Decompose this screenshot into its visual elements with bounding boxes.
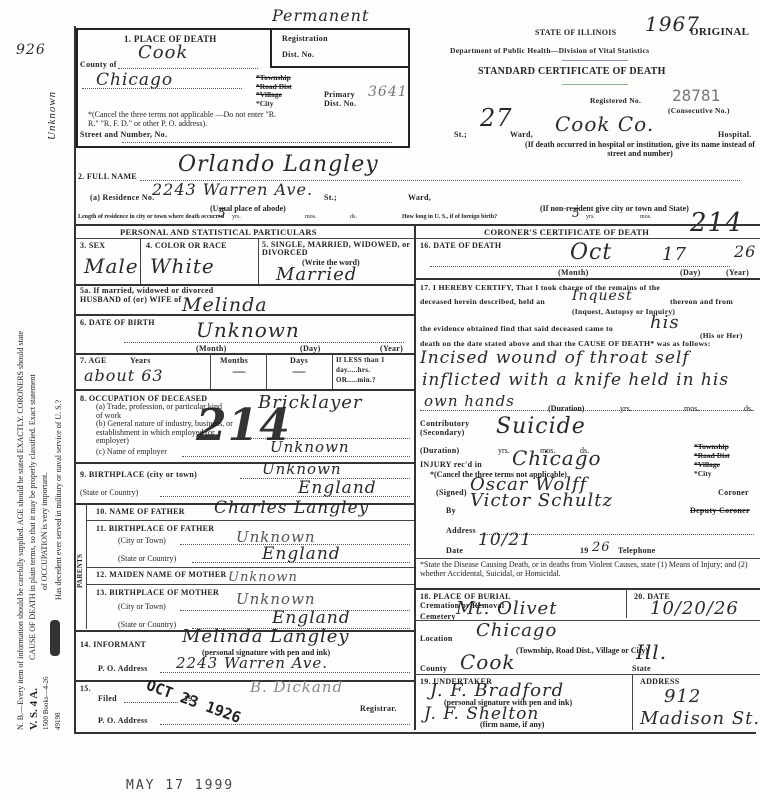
- dob-value: Unknown: [196, 318, 300, 342]
- date-year-prefix: 19: [580, 546, 589, 555]
- undertaker-address-2: Madison St.: [640, 708, 760, 729]
- marital-label: 5. SINGLE, MARRIED, WIDOWED, or DIVORCED: [262, 241, 412, 257]
- mother-city-value: Unknown: [236, 590, 316, 608]
- inquest-value: Inquest: [572, 288, 633, 304]
- form-number: 49198: [54, 713, 62, 731]
- hospital-value: Cook Co.: [555, 112, 654, 136]
- firm-note: (firm name, if any): [480, 720, 544, 729]
- address-label: Address: [446, 526, 476, 535]
- date-label: Date: [446, 546, 463, 555]
- dod-day-label: (Day): [680, 268, 701, 277]
- injury-term-city: *City: [694, 469, 730, 478]
- margin-note-2: CAUSE OF DEATH in plain terms, so that i…: [28, 374, 37, 660]
- books-note: 1500 Books—4-26: [42, 677, 50, 730]
- occupation-c-label: (c) Name of employer: [96, 447, 167, 456]
- coroner-heading: CORONER'S CERTIFICATE OF DEATH: [484, 227, 649, 237]
- burial-county-value: Cook: [460, 650, 516, 674]
- marital-value: Married: [276, 264, 357, 285]
- registrar-signature: B. Dickand: [250, 678, 343, 696]
- ward-label: Ward,: [510, 130, 533, 139]
- duration-mos: mos.: [684, 404, 699, 413]
- his-her-value: his: [650, 312, 680, 333]
- personal-heading: PERSONAL AND STATISTICAL PARTICULARS: [120, 227, 317, 237]
- location-label: Location: [420, 634, 453, 643]
- original-label: ORIGINAL: [690, 26, 749, 38]
- date-of-death-label: 16. DATE OF DEATH: [420, 241, 501, 250]
- registered-label: Registered No.: [590, 96, 641, 105]
- registrar-po-label: P. O. Address: [98, 716, 148, 725]
- us-mos-label: mos.: [640, 214, 652, 220]
- cancel-note: *(Cancel the three terms not applicable …: [88, 110, 288, 128]
- mother-city-label: (City or Town): [118, 602, 166, 611]
- contributory-label: Contributory (Secondary): [420, 419, 490, 437]
- mother-birthplace-label: 13. BIRTHPLACE OF MOTHER: [96, 588, 219, 597]
- street-label: Street and Number, No.: [80, 130, 170, 139]
- father-birthplace-label: 11. BIRTHPLACE OF FATHER: [96, 524, 214, 533]
- department-label: Department of Public Health—Division of …: [450, 46, 649, 55]
- residence-value: 2243 Warren Ave.: [152, 180, 313, 199]
- birthplace-city-value: Unknown: [262, 460, 342, 478]
- informant-po-value: 2243 Warren Ave.: [176, 654, 328, 672]
- dob-month-label: (Month): [196, 344, 227, 353]
- injury-term-township: *Township: [694, 442, 730, 451]
- father-value: Charles Langley: [214, 498, 369, 518]
- dod-month-label: (Month): [558, 268, 589, 277]
- spouse-value: Melinda: [182, 294, 268, 316]
- cause-line-2: inflicted with a knife held in his: [422, 370, 729, 390]
- age-months-value: —: [232, 364, 247, 380]
- date-value: 10/21: [478, 530, 532, 550]
- yrs-label: yrs.: [232, 214, 241, 220]
- injury-term-road-dist: *Road Dist: [694, 451, 730, 460]
- father-state-label: (State or Country): [118, 554, 176, 563]
- date-of-death-year: 26: [734, 242, 756, 261]
- filed-label: Filed: [98, 694, 117, 703]
- date-year-value: 26: [592, 540, 611, 555]
- margin-notes: 926 N. B.—Every item of information shou…: [6, 30, 66, 730]
- date-of-death-month: Oct: [570, 240, 612, 265]
- us-residence-years: 5: [572, 206, 581, 220]
- age-days-value: —: [292, 364, 307, 380]
- mos-label: mos.: [305, 214, 317, 220]
- dist-no-label: Dist. No.: [282, 50, 314, 59]
- contributory-duration-label: (Duration): [420, 446, 459, 455]
- registered-number: 28781: [672, 86, 720, 105]
- injury-value: Chicago: [512, 446, 602, 470]
- deputy-signature: Victor Schultz: [470, 490, 613, 511]
- date-of-death-day: 17: [662, 244, 687, 265]
- mother-state-label: (State or Country): [118, 620, 176, 629]
- st-label: St.;: [454, 130, 467, 139]
- consecutive-label: (Consecutive No.): [668, 106, 730, 115]
- contributory-value: Suicide: [496, 414, 586, 439]
- age-label: 7. AGE: [80, 356, 107, 365]
- coroner-label: Coroner: [718, 488, 749, 497]
- ds-label: ds.: [350, 214, 357, 220]
- county-label: County of: [80, 60, 117, 69]
- dob-year-label: (Year): [380, 344, 403, 353]
- birthplace-state-label: (State or Country): [80, 488, 138, 497]
- age-years-value: about 63: [84, 366, 164, 385]
- vs-form-number: V. S. 4 A.: [28, 688, 40, 730]
- duration-yrs: yrs.: [620, 404, 632, 413]
- burial-county-label: County: [420, 664, 447, 673]
- certificate-title: STANDARD CERTIFICATE OF DEATH: [478, 66, 666, 77]
- location-note: (Township, Road Dist., Village or City): [516, 646, 648, 655]
- injury-term-village: *Village: [694, 460, 730, 469]
- us-yrs-label: yrs.: [586, 214, 595, 220]
- signed-label: (Signed): [436, 488, 467, 497]
- certify-line-4: the evidence obtained find that said dec…: [420, 324, 613, 333]
- sex-label: 3. SEX: [80, 241, 105, 250]
- burial-state-label: State: [632, 664, 651, 673]
- cause-footnote: *State the Disease Causing Death, or in …: [420, 561, 754, 578]
- military-answer: Unknown: [46, 91, 58, 140]
- undertaker-address-label: ADDRESS: [640, 677, 679, 686]
- filed-number: 15.: [80, 684, 91, 693]
- birthplace-country-value: England: [298, 478, 377, 498]
- race-label: 4. COLOR OR RACE: [146, 241, 227, 250]
- margin-number: 926: [16, 42, 46, 58]
- file-number-overlay: 214: [196, 400, 291, 451]
- full-name-label: 2. FULL NAME: [78, 172, 137, 181]
- duration-label: (Duration): [548, 404, 584, 413]
- state-label: STATE OF ILLINOIS: [535, 28, 616, 37]
- length-residence-years: 5: [218, 206, 227, 220]
- registration-label: Registration: [282, 34, 328, 43]
- certify-line-2: deceased herein described, held an: [420, 297, 545, 306]
- primary-dist-label: Primary Dist. No.: [324, 90, 364, 108]
- mother-label: 12. MAIDEN NAME OF MOTHER: [96, 570, 227, 579]
- informant-label: 14. INFORMANT: [80, 640, 146, 649]
- by-label: By: [446, 506, 456, 515]
- full-name-value: Orlando Langley: [178, 152, 379, 177]
- birthplace-label: 9. BIRTHPLACE (city or town): [80, 470, 197, 479]
- place-of-death-box: 1. PLACE OF DEATH County of Cook Chicago…: [76, 28, 410, 148]
- dob-day-label: (Day): [300, 344, 321, 353]
- mother-value: Unknown: [228, 570, 298, 585]
- duration-ds: ds.: [744, 404, 753, 413]
- burial-date-value: 10/20/26: [650, 598, 739, 619]
- father-label: 10. NAME OF FATHER: [96, 507, 185, 516]
- received-date-stamp: MAY 17 1999: [126, 778, 234, 793]
- contrib-yrs: yrs.: [498, 446, 510, 455]
- city-value: Chicago: [96, 70, 173, 90]
- ward-number: 27: [480, 104, 513, 132]
- certify-line-3: thereon and from: [670, 297, 733, 306]
- informant-po-label: P. O. Address: [98, 664, 148, 673]
- undertaker-address-1: 912: [664, 686, 701, 707]
- age-years-label: Years: [130, 356, 151, 365]
- father-country-value: England: [262, 544, 341, 564]
- injury-label: INJURY rec'd in: [420, 460, 482, 469]
- permanent-annotation: Permanent: [272, 6, 369, 25]
- mother-country-value: England: [272, 608, 351, 628]
- cause-line-1: Incised wound of throat self: [420, 348, 690, 368]
- race-value: White: [150, 254, 215, 278]
- father-city-label: (City or Town): [118, 536, 166, 545]
- length-residence-label: Length of residence in city or town wher…: [78, 214, 224, 220]
- residence-label: (a) Residence No.: [90, 193, 154, 202]
- file-annotation: 214: [690, 208, 743, 238]
- residence-st-label: St.;: [324, 193, 337, 202]
- less-than-day-label: If LESS than 1 day.....hrs. OR.....min.?: [336, 355, 412, 385]
- us-residence-label: How long in U. S., if of foreign birth?: [402, 214, 497, 220]
- deputy-coroner-label: Deputy Coroner: [690, 506, 750, 515]
- primary-dist-number: 3641: [368, 84, 408, 100]
- telephone-label: Telephone: [618, 546, 656, 555]
- burial-state-value: Ill.: [636, 640, 667, 664]
- residence-ward-label: Ward,: [408, 193, 431, 202]
- hospital-note: (If death occurred in hospital or instit…: [520, 140, 760, 158]
- parents-side-label: PARENTS: [76, 554, 84, 588]
- margin-note-1: N. B.—Every item of information should b…: [16, 331, 25, 730]
- location-value: Chicago: [476, 620, 557, 641]
- hospital-label: Hospital.: [718, 130, 752, 139]
- dob-label: 6. DATE OF BIRTH: [80, 318, 155, 327]
- union-seal-icon: [50, 620, 60, 656]
- sex-value: Male: [84, 254, 139, 278]
- dod-year-label: (Year): [726, 268, 749, 277]
- term-city: *City: [256, 100, 292, 109]
- county-value: Cook: [138, 42, 188, 63]
- informant-value: Melinda Langley: [182, 626, 350, 647]
- military-question: Has decedent ever served in military or …: [54, 400, 63, 600]
- margin-note-3: of OCCUPATION is very important.: [40, 473, 49, 590]
- cause-line-3: own hands: [424, 392, 515, 410]
- registrar-label: Registrar.: [360, 704, 397, 713]
- nonresident-note: (If non-resident give city or town and S…: [540, 204, 689, 213]
- cemetery-value: Mt. Olivet: [456, 598, 557, 619]
